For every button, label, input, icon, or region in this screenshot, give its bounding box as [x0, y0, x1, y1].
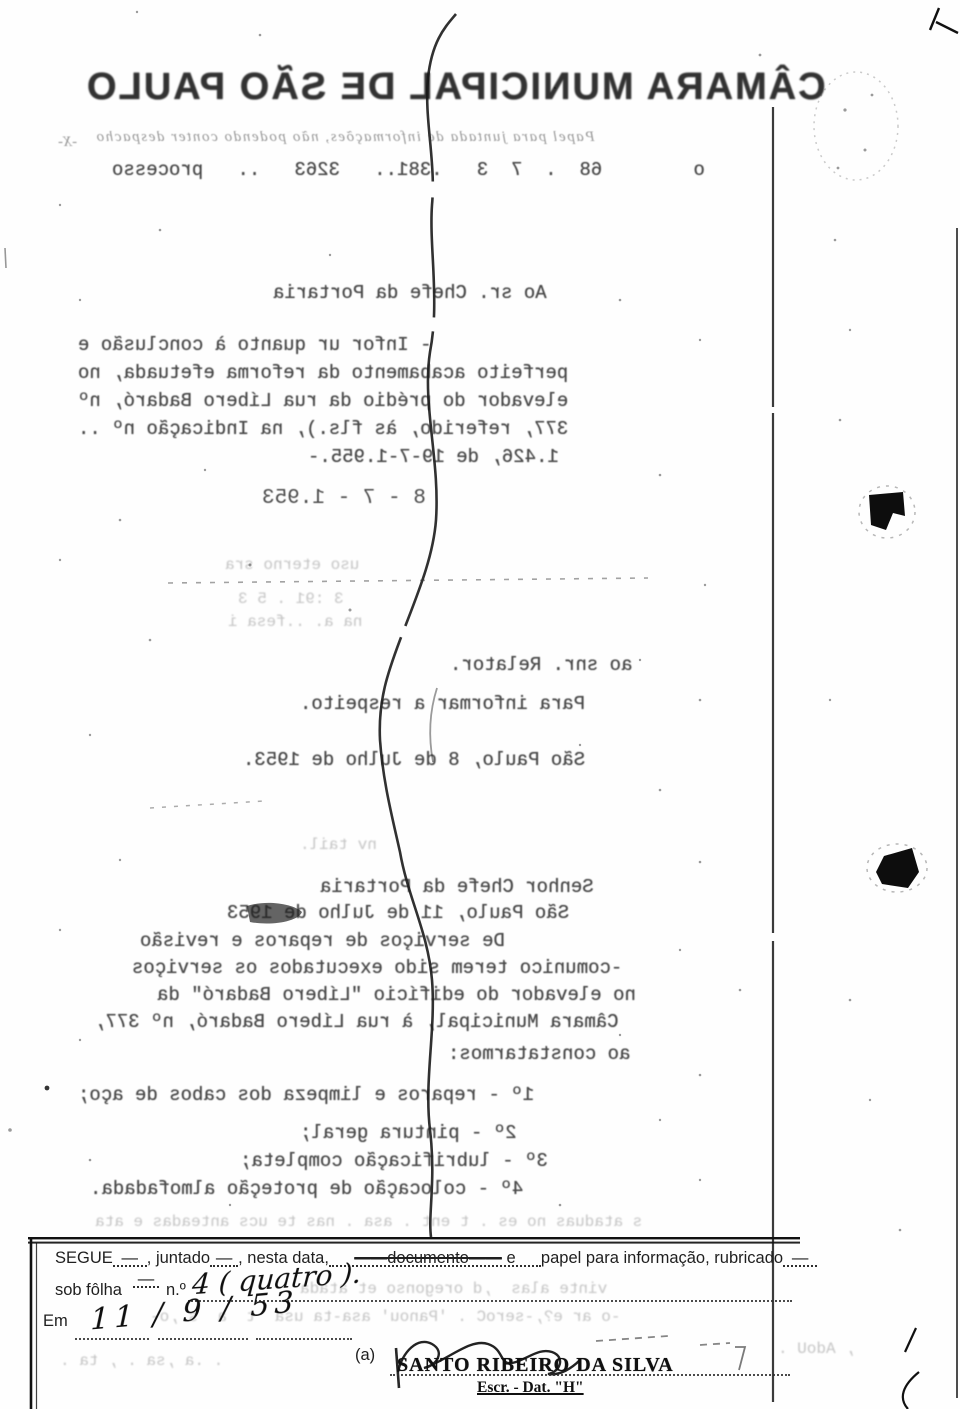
- verso-letter2-line: no elevador do edifício "Líbero Badaró" …: [157, 984, 636, 1006]
- em-dotted-line-3: [256, 1306, 352, 1340]
- verso-letterhead-title: CÂMARA MUNICIPAL DE SÃO PAULO: [85, 66, 826, 109]
- verso-forward-note: Para informar a respeito.: [300, 693, 585, 715]
- ink-blob-1: [869, 492, 905, 530]
- bleed-fragment: uso eterno sra: [225, 556, 359, 574]
- bleed-fragment: 3 :91 . 5 3: [238, 590, 344, 608]
- pencil-streak-2: [150, 801, 264, 808]
- em-dotted-line-2: [158, 1306, 248, 1340]
- documento-struck-option: ——documento——: [354, 1249, 502, 1267]
- list-bullet-dot: [45, 1086, 50, 1091]
- verso-letter1-line: elevador do prédio da rua Líbero Badaró,…: [78, 390, 568, 412]
- bleed-fragment: . .a ,sa . , ta .: [60, 1352, 223, 1370]
- fold-line: [380, 14, 456, 1237]
- verso-letter2-line: Câmara Municipal, à rua Líbero Badaró, n…: [94, 1011, 619, 1033]
- verso-letter2-closing: ao constatarmos:: [448, 1043, 630, 1065]
- papel-informacao-label: papel para informação, rubricado: [541, 1249, 783, 1267]
- scanned-document-page: CÂMARA MUNICIPAL DE SÃO PAULO Papel para…: [0, 0, 960, 1409]
- segue-label: SEGUE: [55, 1249, 113, 1267]
- verso-forward-to: ao snr. Relator.: [450, 654, 632, 676]
- e-word: e: [502, 1249, 516, 1267]
- bleed-fragment: nv tail.: [300, 836, 377, 854]
- assinatura-label: (a): [355, 1346, 375, 1365]
- verso-corner-mark: -X-: [58, 134, 77, 151]
- double-rule-top: [28, 1237, 800, 1239]
- verso-letterhead-subtitle: Papel para juntada de informações, não p…: [95, 129, 595, 146]
- corner-mark-top: [930, 8, 958, 33]
- verso-date-note: 8 - 7 - 1.953: [262, 487, 426, 510]
- verso-letter1-line: perfeito acabamento da reforma efetuada,…: [78, 362, 568, 384]
- verso-letter2-dateline: São Paulo, 11 de Julho de 1953: [227, 902, 569, 924]
- bleed-fragment: na a. ..fesa i: [228, 613, 362, 631]
- segue-blank-1: —: [113, 1251, 147, 1267]
- verso-list-item: 1º - reparos e limpeza dos cabos de aço;: [78, 1084, 534, 1106]
- sob-folha-blank: —: [133, 1272, 159, 1288]
- edge-tick: [5, 248, 6, 268]
- verso-letter1-salutation: Ao sr. Chefe da Portaria: [273, 282, 547, 304]
- corner-mark-bottom: [903, 1328, 919, 1409]
- signer-role-stamp: Escr. - Dat. "H": [477, 1379, 584, 1397]
- segue-blank-3: —: [783, 1251, 817, 1267]
- verso-letter1-line: - Infor ur quanto à conclusão e: [78, 334, 431, 356]
- juntado-label: , juntado: [147, 1249, 210, 1267]
- verso-letter1-dateline: São Paulo, 8 de Julho de 1953.: [243, 749, 585, 771]
- signer-name-stamp: SANTO RIBEIRO DA SILVA: [397, 1354, 674, 1377]
- verso-letter2-line: -comunico terem sido executados os servi…: [132, 957, 622, 979]
- verso-list-item: 3º - lubrificação completa;: [240, 1150, 548, 1172]
- verso-letter1-line: 1.426, de 19-7-1.955.-: [308, 446, 559, 468]
- verso-letter2-salutation: Senhor Chefe da Portaria: [320, 876, 594, 898]
- faint-stamp-ring: [814, 72, 898, 180]
- pencil-streak-1: [168, 578, 648, 583]
- verso-process-number-line: o 68 . 7 3 .381.. 3263 .. processo: [112, 159, 705, 181]
- sob-folha-label: sob fôlha: [55, 1281, 122, 1300]
- verso-letter1-line: 377, referido, às fls.), na Indicação nº…: [78, 418, 568, 440]
- segue-stamp-line: SEGUE—, juntado—, nesta data,——documento…: [55, 1249, 800, 1268]
- bleed-fragment: s ataduas no es . t ent . asa . nas te u…: [95, 1213, 642, 1231]
- verso-letter2-line: De serviços de reparos e revisão: [140, 930, 505, 952]
- verso-list-item: 2º - pintura geral;: [300, 1122, 517, 1144]
- double-rule-bottom: [28, 1242, 800, 1244]
- em-dotted-line-1: [75, 1306, 149, 1340]
- ink-blob-2: [876, 848, 919, 888]
- em-label: Em: [43, 1312, 68, 1331]
- verso-list-item: 4º - colocação de proteção almofadada.: [90, 1178, 523, 1200]
